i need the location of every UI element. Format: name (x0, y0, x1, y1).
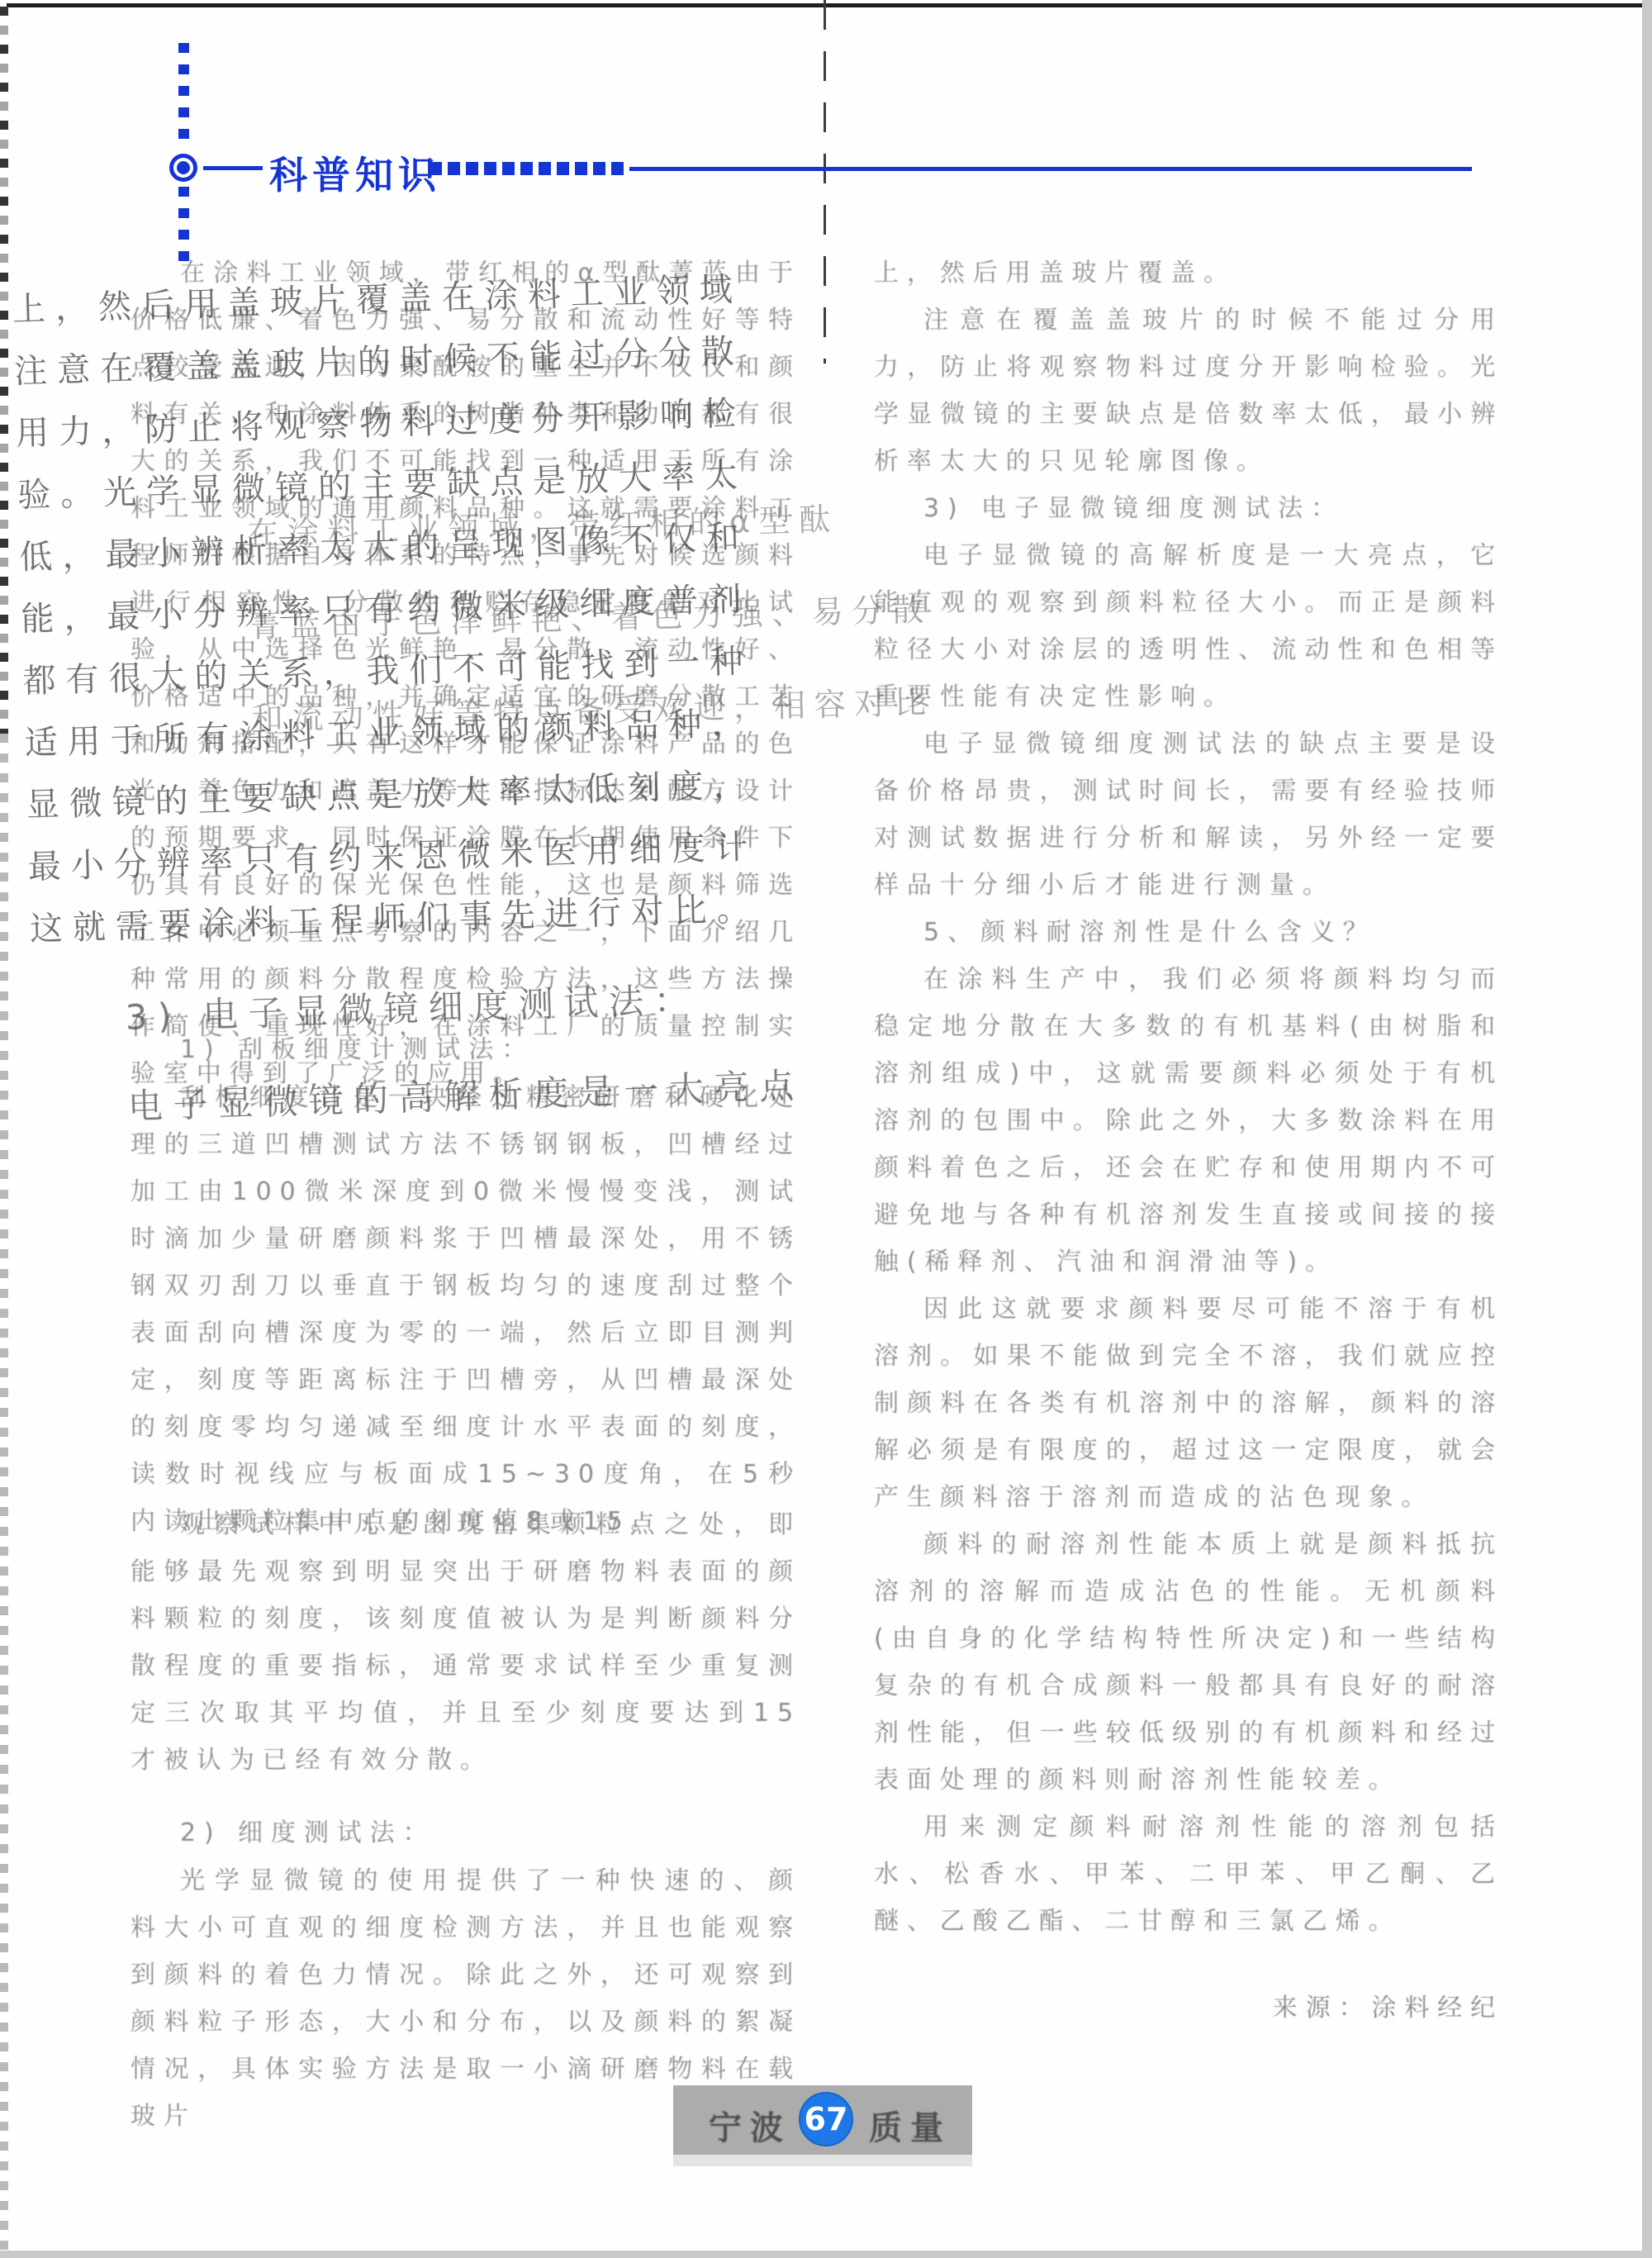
page-number: 67 (805, 2101, 848, 2137)
left-section-header-1: 1) 刮板细度计测试法： (131, 1026, 801, 1073)
left-section-header-2: 2) 细度测试法： (131, 1809, 801, 1856)
body-paragraph: 因此这就要求颜料要尽可能不溶于有机溶剂。如果不能做到完全不溶，我们就应控制颜料在… (874, 1286, 1503, 1521)
body-paragraph: 电子显微镜细度测试法的缺点主要是设备价格昂贵，测试时间长，需要有经验技师对测试数… (874, 720, 1503, 909)
right-column: 上，然后用盖玻片覆盖。注意在覆盖盖玻片的时候不能过分用力，防止将观察物料过度分开… (874, 250, 1503, 2032)
scanned-magazine-page: 科普知识 在涂料工业领域，带红相的α型酞菁蓝由于价格低廉、着色力强、易分散和流动… (0, 0, 1652, 2258)
header-vertical-dashes-top (178, 43, 189, 150)
scan-left-edge-dashes-light (0, 734, 8, 2251)
body-paragraph: 来源：涂料经纪 (874, 1985, 1503, 2032)
column-title: 科普知识 (269, 145, 441, 200)
bullseye-icon (169, 154, 197, 182)
header-square-dots (430, 162, 624, 175)
left-paragraph-3: 观察试样中凡是出现密集颗粒点之处，即能够最先观察到明显突出于研磨物料表面的颜料颗… (131, 1501, 801, 1784)
left-paragraph-2: 刮板细度计是一块经过精密研磨和硬化处理的三道凹槽测试方法不锈钢钢板，凹槽经过加工… (131, 1074, 801, 1545)
body-paragraph: 5、颜料耐溶剂性是什么含义？ (874, 909, 1503, 956)
page-number-badge: 67 (799, 2092, 853, 2146)
footer-bar-shadow (673, 2155, 972, 2166)
footer-right-label: 质量 (869, 2102, 952, 2149)
left-paragraph-1: 在涂料工业领域，带红相的α型酞菁蓝由于价格低廉、着色力强、易分散和流动性好等特点… (131, 250, 801, 1097)
center-fold-dashed-line (824, 0, 826, 364)
body-paragraph: 在涂料生产中，我们必须将颜料均匀而稳定地分散在大多数的有机基料(由树脂和溶剂组成… (874, 956, 1503, 1286)
body-paragraph: 上，然后用盖玻片覆盖。 (874, 250, 1503, 297)
left-column: 在涂料工业领域，带红相的α型酞菁蓝由于价格低廉、着色力强、易分散和流动性好等特点… (131, 250, 801, 2046)
scan-left-edge-dashes-dark (0, 7, 8, 734)
body-paragraph: 颜料的耐溶剂性能本质上就是颜料抵抗溶剂的溶解而造成沾色的性能。无机颜料(由自身的… (874, 1521, 1503, 1804)
footer-left-label: 宁波 (709, 2102, 791, 2149)
body-paragraph: 3) 电子显微镜细度测试法： (874, 485, 1503, 532)
header-long-rule (629, 167, 1472, 171)
header-short-rule (203, 166, 263, 170)
scan-bottom-edge-strip (0, 2251, 1652, 2258)
body-paragraph: 电子显微镜的高解析度是一大亮点，它能直观的观察到颜料粒径大小。而正是颜料粒径大小… (874, 532, 1503, 720)
scan-right-edge-strip (1642, 0, 1652, 2258)
body-paragraph: 用来测定颜料耐溶剂性能的溶剂包括水、松香水、甲苯、二甲苯、甲乙酮、乙醚、乙酸乙酯… (874, 1804, 1503, 1945)
body-paragraph: 注意在覆盖盖玻片的时候不能过分用力，防止将观察物料过度分开影响检验。光学显微镜的… (874, 297, 1503, 485)
